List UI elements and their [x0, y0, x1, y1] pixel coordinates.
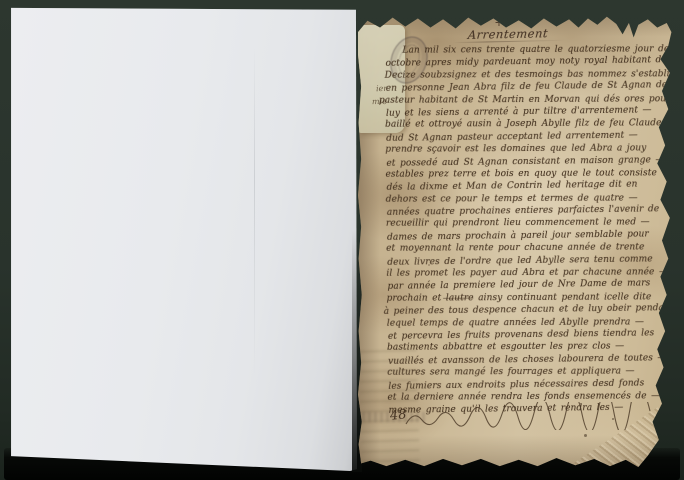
bleedthrough-text	[358, 343, 419, 462]
manuscript-page: + Arrentement ier mie Lan mil six cens t…	[358, 14, 673, 467]
deed-title: Arrentement	[445, 26, 570, 43]
ink-speck	[428, 264, 430, 266]
faint-stamp-smudge	[362, 412, 428, 422]
closing-flourish	[402, 402, 654, 430]
ink-speck	[584, 434, 587, 437]
manuscript-text: Lan mil six cens trente quatre le quator…	[384, 43, 669, 417]
scanned-register-spread: + Arrentement ier mie Lan mil six cens t…	[0, 0, 684, 480]
blank-left-page	[10, 7, 357, 471]
page-crease	[254, 47, 255, 377]
ink-speck	[612, 418, 614, 420]
